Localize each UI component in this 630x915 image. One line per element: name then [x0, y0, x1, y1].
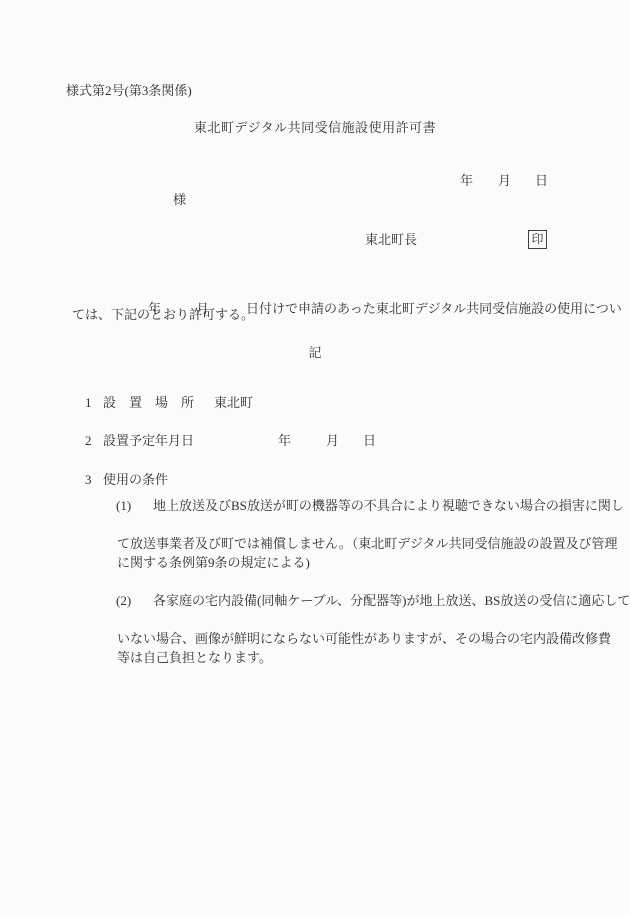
condition-1-line-1: (1)地上放送及びBS放送が町の機器等の不具合により視聴できない場合の損害に関し — [90, 477, 630, 534]
item1-number: 1 — [85, 396, 103, 409]
condition-1-marker: (1) — [116, 496, 153, 515]
issuer-title: 東北町長 — [365, 233, 417, 246]
condition-2-marker: (2) — [116, 591, 153, 610]
issue-date-day-label: 日 — [535, 173, 548, 188]
item1-label: 設 置 場 所 — [103, 395, 194, 410]
condition-1-line-3: に関する条例第9条の規定による) — [90, 553, 630, 572]
item2-year-label: 年 — [278, 434, 326, 447]
permit-document-page: 様式第2号(第3条関係) 東北町デジタル共同受信施設使用許可書 年月日 様 東北… — [0, 0, 630, 915]
document-title: 東北町デジタル共同受信施設使用許可書 — [0, 121, 630, 134]
conditions-list: (1)地上放送及びBS放送が町の機器等の不具合により視聴できない場合の損害に関し… — [90, 477, 630, 667]
center-mark-ki: 記 — [0, 346, 630, 359]
item-installation-location: 1設 置 場 所東北町 — [72, 383, 253, 422]
issue-date-line: 年月日 — [447, 161, 548, 200]
item2-day-label: 日 — [363, 433, 376, 448]
body-text-line-1: 付けで申請のあった東北町デジタル共同受信施設の使用につい — [259, 301, 622, 316]
item2-month-label: 月 — [326, 434, 363, 447]
item-planned-installation-date: 2設置予定年月日年月日 — [72, 421, 376, 460]
addressee-honorific: 様 — [173, 193, 186, 206]
issue-date-month-label: 月 — [498, 174, 535, 187]
condition-1-text-1: 地上放送及びBS放送が町の機器等の不具合により視聴できない場合の損害に関し — [153, 498, 624, 513]
seal-placeholder: 印 — [528, 230, 547, 249]
condition-2-line-3: 等は自己負担となります。 — [90, 648, 630, 667]
item1-value: 東北町 — [214, 395, 253, 410]
condition-1-line-2: て放送事業者及び町では補償しません。（東北町デジタル共同受信施設の設置及び管理 — [90, 534, 630, 553]
condition-2-line-2: いない場合、画像が鮮明にならない可能性がありますが、その場合の宅内設備改修費 — [90, 629, 630, 648]
form-number: 様式第2号(第3条関係) — [66, 84, 192, 97]
body-paragraph-line-2: ては、下記のとおり許可する。 — [72, 308, 254, 321]
condition-1: (1)地上放送及びBS放送が町の機器等の不具合により視聴できない場合の損害に関し… — [90, 477, 630, 572]
condition-2-line-1: (2)各家庭の宅内設備(同軸ケーブル、分配器等)が地上放送、BS放送の受信に適応… — [90, 572, 630, 629]
issue-date-year-label: 年 — [460, 174, 498, 187]
condition-2-text-1: 各家庭の宅内設備(同軸ケーブル、分配器等)が地上放送、BS放送の受信に適応して — [153, 593, 630, 608]
item2-number: 2 — [85, 434, 103, 447]
condition-2: (2)各家庭の宅内設備(同軸ケーブル、分配器等)が地上放送、BS放送の受信に適応… — [90, 572, 630, 667]
item2-label: 設置予定年月日 — [103, 433, 194, 448]
